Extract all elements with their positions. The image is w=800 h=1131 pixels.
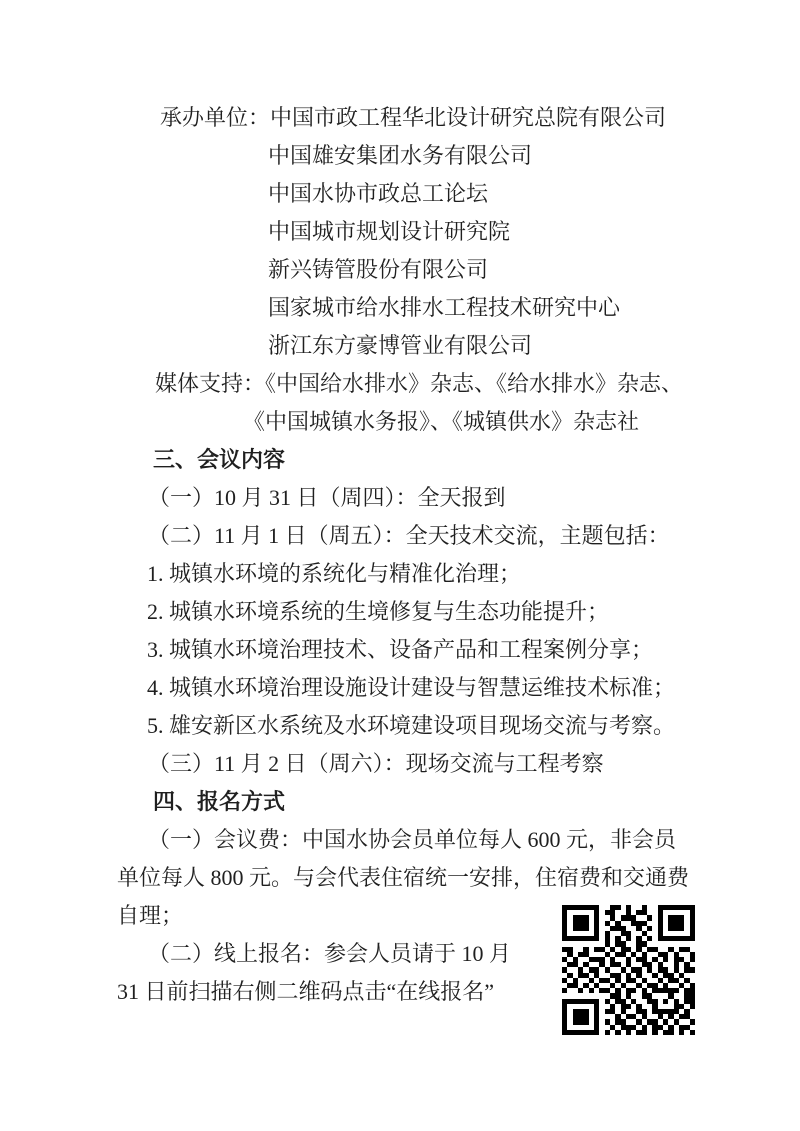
agenda-topic-item: 2. 城镇水环境系统的生境修复与生态功能提升； [0,593,800,631]
organizer-company: 新兴铸管股份有限公司 [0,251,800,289]
agenda-section-heading: 三、会议内容 [0,441,800,479]
organizer-company: 中国城市规划设计研究院 [0,213,800,251]
organizer-company: 中国水协市政总工论坛 [0,175,800,213]
organizer-line: 承办单位：中国市政工程华北设计研究总院有限公司 [0,99,800,137]
media-support-line: 媒体支持：《中国给水排水》杂志、《给水排水》杂志、 [0,365,800,403]
media-support-list: 《中国给水排水》杂志、《给水排水》杂志、 [265,371,683,396]
organizer-label: 承办单位： [160,105,270,130]
online-registration-qr-code [562,905,695,1035]
registration-section-heading: 四、报名方式 [0,783,800,821]
registration-fee-line: 单位每人 800 元。与会代表住宿统一安排，住宿费和交通费 [0,859,800,897]
organizer-company: 浙江东方豪博管业有限公司 [0,327,800,365]
agenda-topic-item: 1. 城镇水环境的系统化与精准化治理； [0,555,800,593]
document-page: 承办单位：中国市政工程华北设计研究总院有限公司 中国雄安集团水务有限公司 中国水… [0,0,800,1131]
organizer-company: 中国市政工程华北设计研究总院有限公司 [270,105,666,130]
organizer-company: 国家城市给水排水工程技术研究中心 [0,289,800,327]
agenda-day3: （三）11 月 2 日（周六）：现场交流与工程考察 [0,745,800,783]
registration-fee-line: （一）会议费：中国水协会员单位每人 600 元，非会员 [0,821,800,859]
agenda-day2: （二）11 月 1 日（周五）：全天技术交流，主题包括： [0,517,800,555]
agenda-topic-item: 5. 雄安新区水系统及水环境建设项目现场交流与考察。 [0,707,800,745]
agenda-topic-item: 4. 城镇水环境治理设施设计建设与智慧运维技术标准； [0,669,800,707]
media-support-label: 媒体支持： [155,371,265,396]
agenda-topic-item: 3. 城镇水环境治理技术、设备产品和工程案例分享； [0,631,800,669]
agenda-day1: （一）10 月 31 日（周四）：全天报到 [0,479,800,517]
organizer-company: 中国雄安集团水务有限公司 [0,137,800,175]
media-support-list-continued: 《中国城镇水务报》、《城镇供水》杂志社 [0,403,800,441]
